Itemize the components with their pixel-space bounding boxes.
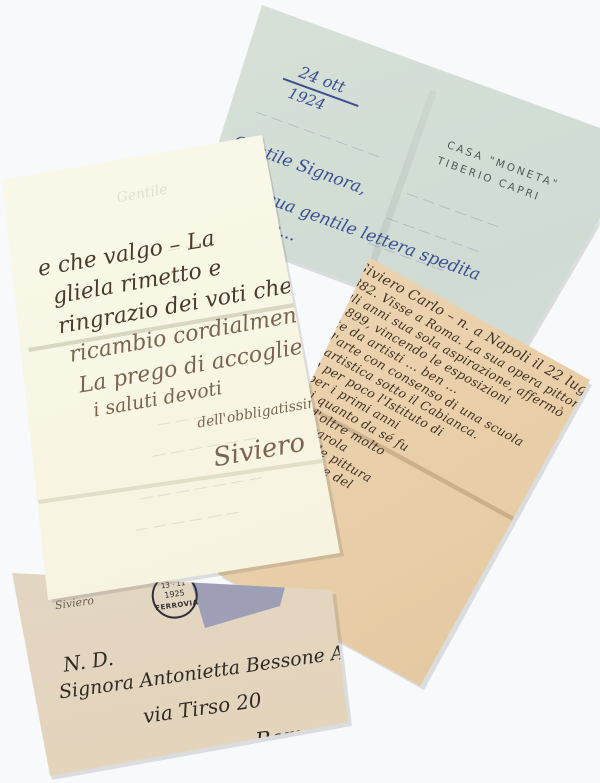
ghost-text: Gentile (116, 182, 169, 207)
letters-photograph: 24 ott 1924 — — — — — — — — Gentile Sign… (0, 0, 600, 783)
envelope-recipient-title: N. D. (62, 646, 115, 677)
ghost-text: — — — — — — — (138, 469, 264, 506)
postmark-label: FERROVIA (155, 599, 198, 613)
ghost-text: — — — — — — (133, 504, 240, 538)
envelope-address: via Tirso 20 (142, 688, 264, 728)
